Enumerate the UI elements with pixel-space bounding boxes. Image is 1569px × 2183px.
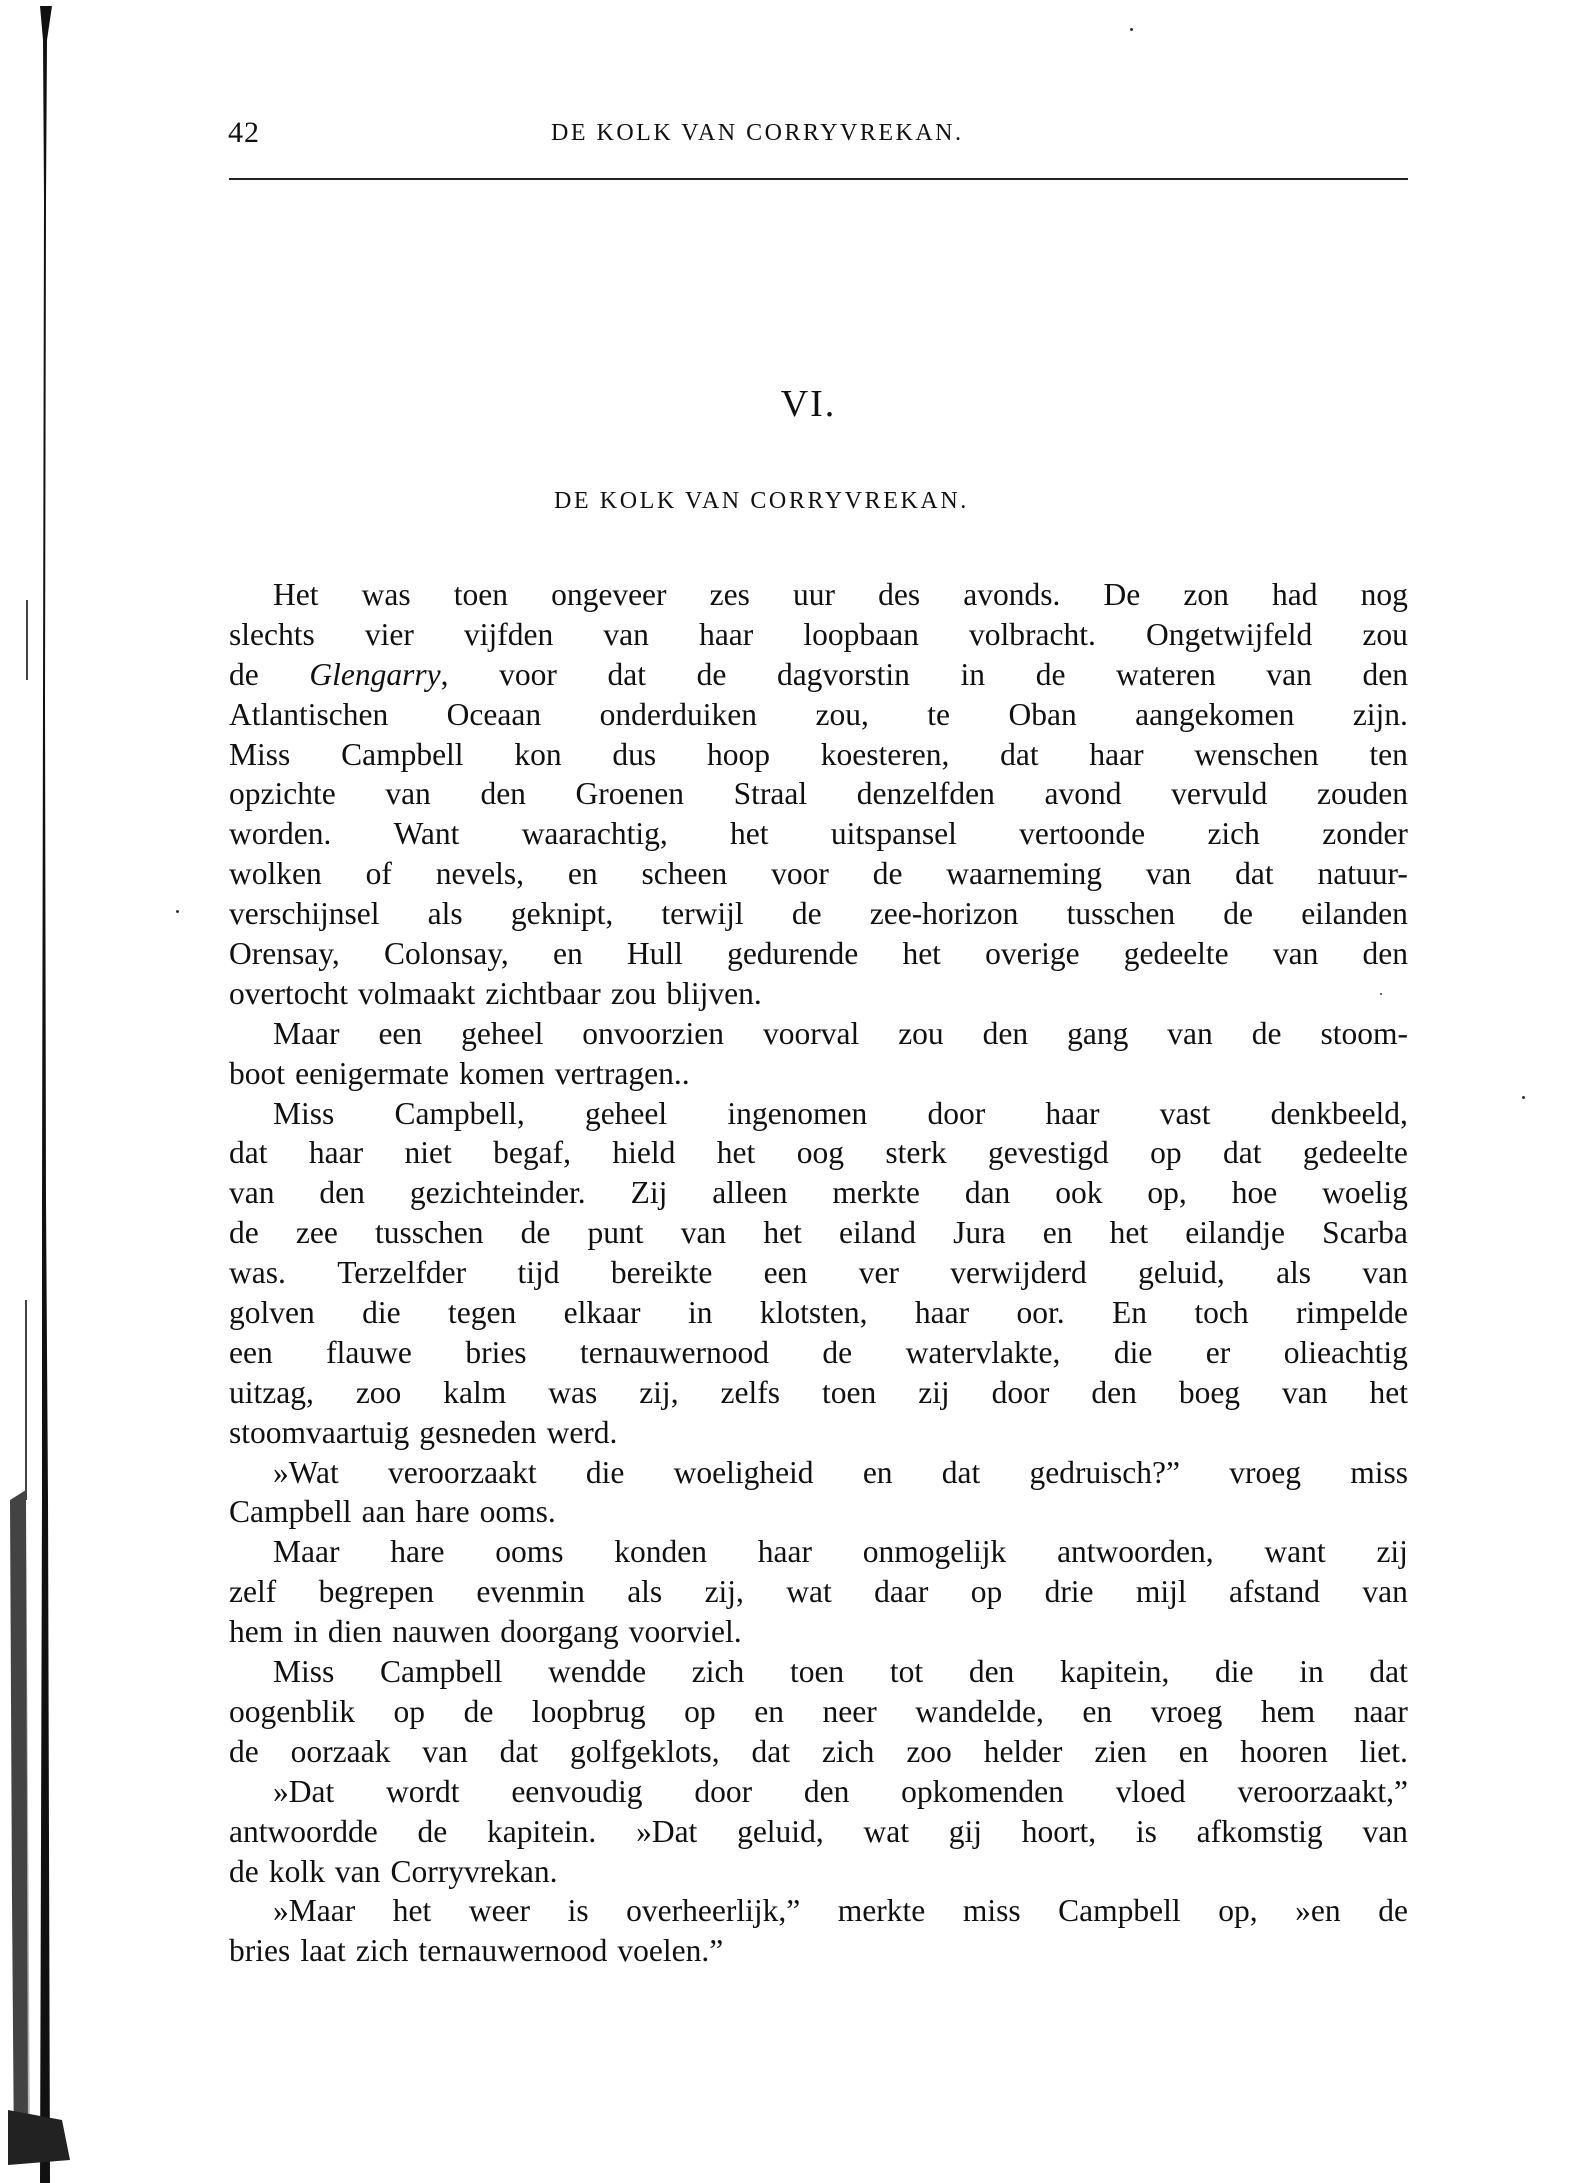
word: Oceaan xyxy=(447,695,541,735)
word: zij, xyxy=(639,1373,678,1413)
text-line: antwoorddedekapitein.»Datgeluid,watgijho… xyxy=(229,1812,1408,1852)
word: toen xyxy=(790,1652,844,1692)
word: boot xyxy=(229,1054,285,1094)
word: zelfs xyxy=(721,1373,780,1413)
word: loopbaan xyxy=(803,615,918,655)
word: want xyxy=(1264,1532,1325,1572)
text-line: MissCampbellwenddezichtoentotdenkapitein… xyxy=(229,1652,1408,1692)
word: gedruisch?” xyxy=(1030,1453,1180,1493)
word: van xyxy=(385,774,430,814)
word: gedeelte xyxy=(1124,934,1229,974)
word: op xyxy=(684,1692,716,1732)
word: de xyxy=(1223,894,1253,934)
word: de xyxy=(1378,1891,1408,1931)
word: bries xyxy=(465,1333,526,1373)
word: alleen xyxy=(712,1173,787,1213)
running-head: DE KOLK VAN CORRYVREKAN. xyxy=(551,120,1076,147)
word: Hull xyxy=(627,934,683,974)
word: waarneming xyxy=(946,854,1102,894)
word: werd. xyxy=(547,1413,618,1453)
word: waarachtig, xyxy=(522,814,668,854)
word: olieachtig xyxy=(1284,1333,1408,1373)
word: rimpelde xyxy=(1296,1293,1408,1333)
word: eenvoudig xyxy=(511,1772,642,1812)
word: hoop xyxy=(707,735,770,775)
word: zon xyxy=(1183,575,1228,615)
word: op xyxy=(1150,1133,1182,1173)
word: Miss xyxy=(229,735,290,775)
word: Straal xyxy=(734,774,807,814)
word: op xyxy=(394,1692,426,1732)
word: de xyxy=(697,655,727,695)
text-line: verschijnselalsgeknipt,terwijldezee-hori… xyxy=(229,894,1408,934)
word: een xyxy=(229,1333,273,1373)
word: begrepen xyxy=(319,1572,434,1612)
word: Zij xyxy=(631,1173,668,1213)
word: liet. xyxy=(1360,1732,1408,1772)
word: Scarba xyxy=(1322,1213,1408,1253)
word: wordt xyxy=(386,1772,460,1812)
word: evenmin xyxy=(476,1572,584,1612)
word: denzelfden xyxy=(857,774,995,814)
word: Campbell, xyxy=(394,1094,524,1134)
word: afstand xyxy=(1229,1572,1320,1612)
word: volmaakt xyxy=(358,974,475,1014)
scan-speck xyxy=(176,910,179,913)
word: de xyxy=(1252,1014,1282,1054)
word: van xyxy=(1362,1572,1407,1612)
word: te xyxy=(927,695,950,735)
word: zij xyxy=(1376,1532,1408,1572)
word: kapitein, xyxy=(1060,1652,1169,1692)
word: haar xyxy=(1089,735,1143,775)
word: uitzag, xyxy=(229,1373,314,1413)
word: Orensay, xyxy=(229,934,340,974)
word: woelig xyxy=(1322,1173,1408,1213)
word: kalm xyxy=(443,1373,506,1413)
word: zich xyxy=(1207,814,1259,854)
word: het xyxy=(1369,1373,1407,1413)
word: het xyxy=(763,1213,801,1253)
word: zien xyxy=(1094,1732,1146,1772)
text-line: dathaarnietbegaf,hieldhetoogsterkgevesti… xyxy=(229,1133,1408,1173)
word: hare xyxy=(415,1492,469,1532)
word: die xyxy=(1215,1652,1253,1692)
word: wandelde, xyxy=(915,1692,1044,1732)
word: als xyxy=(1276,1253,1311,1293)
text-line: overtochtvolmaaktzichtbaarzoublijven. xyxy=(229,974,1408,1014)
text-line: Campbellaanhareooms. xyxy=(229,1492,1408,1532)
word: kon xyxy=(514,735,561,775)
word: hield xyxy=(612,1133,675,1173)
word: wat xyxy=(786,1572,831,1612)
word: de xyxy=(1036,655,1066,695)
word: worden. xyxy=(229,814,331,854)
word: was xyxy=(548,1373,597,1413)
word: den xyxy=(319,1173,364,1213)
text-line: MissCampbellkondushoopkoesteren,dathaarw… xyxy=(229,735,1408,775)
word: van xyxy=(1362,1812,1407,1852)
word: zelf xyxy=(229,1572,276,1612)
word: Colonsay, xyxy=(384,934,509,974)
word: en xyxy=(1179,1732,1209,1772)
word: »en xyxy=(1295,1891,1340,1931)
text-line: uitzag,zookalmwaszij,zelfstoenzijdoorden… xyxy=(229,1373,1408,1413)
word: voorviel. xyxy=(629,1612,742,1652)
word: eenigermate xyxy=(295,1054,449,1094)
word: of xyxy=(366,854,392,894)
word: Want xyxy=(394,814,460,854)
word: de xyxy=(792,894,822,934)
word: gij xyxy=(949,1812,982,1852)
word: antwoorden, xyxy=(1057,1532,1214,1572)
word: Campbell xyxy=(1058,1891,1180,1931)
word: Glengarry, xyxy=(309,655,448,695)
word: boeg xyxy=(1179,1373,1240,1413)
word: vertragen.. xyxy=(555,1054,690,1094)
word: haar xyxy=(758,1532,812,1572)
text-line: Maareengeheelonvoorzienvoorvalzoudengang… xyxy=(229,1014,1408,1054)
word: woeligheid xyxy=(674,1453,814,1493)
word: bereikte xyxy=(611,1253,712,1293)
word: geknipt, xyxy=(511,894,613,934)
text-line: golvendietegenelkaarinklotsten,haaroor.E… xyxy=(229,1293,1408,1333)
word: toen xyxy=(454,575,508,615)
text-line: deGlengarry,voordatdedagvorstinindewater… xyxy=(229,655,1408,695)
word: mijl xyxy=(1136,1572,1187,1612)
word: gezichteinder. xyxy=(410,1173,586,1213)
word: opkomenden xyxy=(901,1772,1064,1812)
word: wat xyxy=(863,1812,908,1852)
word: dat xyxy=(752,1732,790,1772)
word: tot xyxy=(890,1652,923,1692)
word: den xyxy=(969,1652,1014,1692)
text-line: Hetwastoenongeveerzesuurdesavonds.Dezonh… xyxy=(229,575,1408,615)
word: Maar xyxy=(273,1532,339,1572)
word: geheel xyxy=(461,1014,543,1054)
word: nevels, xyxy=(436,854,524,894)
word: haar xyxy=(915,1293,969,1333)
book-spine-scan-edge xyxy=(0,0,80,2183)
word: voor xyxy=(499,655,557,695)
word: kapitein. xyxy=(487,1812,596,1852)
word: door xyxy=(927,1094,985,1134)
word: zoo xyxy=(356,1373,401,1413)
word: dat xyxy=(1000,735,1038,775)
word: dat xyxy=(500,1732,538,1772)
word: voor xyxy=(771,854,829,894)
word: afkomstig xyxy=(1197,1812,1323,1852)
text-line: hemindiennauwendoorgangvoorviel. xyxy=(229,1612,1408,1652)
word: zijn. xyxy=(1353,695,1408,735)
word: dagvorstin xyxy=(777,655,910,695)
word: Miss xyxy=(273,1094,334,1134)
word: hoe xyxy=(1232,1173,1277,1213)
word: merkte xyxy=(832,1173,919,1213)
header-rule xyxy=(229,178,1408,180)
word: dus xyxy=(612,735,656,775)
word: eilanden xyxy=(1301,894,1408,934)
word: dan xyxy=(965,1173,1010,1213)
word: zouden xyxy=(1317,774,1408,814)
word: op, xyxy=(1147,1173,1186,1213)
word: den xyxy=(480,774,525,814)
word: hem xyxy=(1261,1692,1315,1732)
word: tijd xyxy=(518,1253,560,1293)
word: avonds. xyxy=(963,575,1060,615)
word: ten xyxy=(1369,735,1407,775)
word: loopbrug xyxy=(532,1692,646,1732)
word: wolken xyxy=(229,854,322,894)
word: het xyxy=(1110,1213,1148,1253)
text-line: eenflauwebriesternauwernooddewatervlakte… xyxy=(229,1333,1408,1373)
text-line: dezeetusschendepuntvanheteilandJuraenhet… xyxy=(229,1213,1408,1253)
word: voorval xyxy=(763,1014,859,1054)
text-line: worden.Wantwaarachtig,hetuitspanselverto… xyxy=(229,814,1408,854)
word: stoomvaartuig xyxy=(229,1413,409,1453)
word: »Dat xyxy=(273,1772,334,1812)
word: zij, xyxy=(705,1572,744,1612)
word: wenschen xyxy=(1194,735,1318,775)
word: helder xyxy=(984,1732,1063,1772)
word: komen xyxy=(459,1054,545,1094)
word: den xyxy=(1362,655,1407,695)
word: door xyxy=(992,1373,1050,1413)
word: Oban xyxy=(1008,695,1076,735)
word: eilandje xyxy=(1185,1213,1285,1253)
word: Campbell xyxy=(229,1492,351,1532)
word: punt xyxy=(588,1213,644,1253)
text-line: »Datwordteenvoudigdoordenopkomendenvloed… xyxy=(229,1772,1408,1812)
word: De xyxy=(1104,575,1141,615)
word: tusschen xyxy=(1067,894,1175,934)
word: vijfden xyxy=(464,615,553,655)
word: de xyxy=(229,1213,259,1253)
word: en xyxy=(863,1453,893,1493)
word: ver xyxy=(859,1253,899,1293)
word: die xyxy=(362,1293,400,1333)
word: oor. xyxy=(1016,1293,1064,1333)
word: de xyxy=(229,1852,259,1892)
text-line: Orensay,Colonsay,enHullgedurendehetoveri… xyxy=(229,934,1408,974)
word: Groenen xyxy=(576,774,684,814)
word: hem xyxy=(229,1612,283,1652)
word: zou xyxy=(898,1014,943,1054)
page-number: 42 xyxy=(228,116,260,150)
word: gedurende xyxy=(727,934,858,974)
word: miss xyxy=(1350,1453,1408,1493)
word: sterk xyxy=(885,1133,946,1173)
text-line: dekolkvanCorryvrekan. xyxy=(229,1852,1408,1892)
word: hare xyxy=(390,1532,444,1572)
word: van xyxy=(1146,854,1191,894)
word: geluid, xyxy=(1138,1253,1225,1293)
word: oogenblik xyxy=(229,1692,355,1732)
text-line: oogenblikopdeloopbrugopenneerwandelde,en… xyxy=(229,1692,1408,1732)
word: en xyxy=(1082,1692,1112,1732)
word: begaf, xyxy=(493,1133,571,1173)
word: en xyxy=(568,854,598,894)
word: vast xyxy=(1160,1094,1211,1134)
word: watervlakte, xyxy=(906,1333,1061,1373)
word: volbracht. xyxy=(969,615,1096,655)
word: een xyxy=(378,1014,422,1054)
word: Campbell xyxy=(380,1652,502,1692)
word: antwoordde xyxy=(229,1812,378,1852)
word: van xyxy=(1266,655,1311,695)
word: natuur- xyxy=(1318,854,1408,894)
word: het xyxy=(902,934,940,974)
word: blijven. xyxy=(666,974,761,1014)
word: in xyxy=(688,1293,713,1333)
word: Miss xyxy=(273,1652,334,1692)
word: het xyxy=(717,1133,755,1173)
word: En xyxy=(1112,1293,1147,1333)
word: de xyxy=(873,854,903,894)
scan-speck xyxy=(1130,28,1133,31)
word: opzichte xyxy=(229,774,336,814)
word: naar xyxy=(1354,1692,1408,1732)
word: konden xyxy=(614,1532,707,1572)
word: op xyxy=(971,1572,1003,1612)
text-line: opzichtevandenGroenenStraaldenzelfdenavo… xyxy=(229,774,1408,814)
word: was. xyxy=(229,1253,286,1293)
word: daar xyxy=(874,1572,928,1612)
word: en xyxy=(1043,1213,1073,1253)
word: Ongetwijfeld xyxy=(1146,615,1312,655)
word: niet xyxy=(405,1133,452,1173)
word: oog xyxy=(797,1133,844,1173)
word: en xyxy=(754,1692,784,1732)
word: had xyxy=(1272,575,1317,615)
word: voelen.” xyxy=(617,1931,723,1971)
word: doorgang xyxy=(500,1612,618,1652)
body-text: Hetwastoenongeveerzesuurdesavonds.Dezonh… xyxy=(229,575,1408,1971)
word: ternauwernood xyxy=(580,1333,769,1373)
word: zonder xyxy=(1322,814,1408,854)
word: avond xyxy=(1045,774,1122,814)
word: zich xyxy=(356,1931,408,1971)
word: onmogelijk xyxy=(863,1532,1007,1572)
text-line: slechtsviervijfdenvanhaarloopbaanvolbrac… xyxy=(229,615,1408,655)
word: van xyxy=(1273,934,1318,974)
word: ongeveer xyxy=(551,575,666,615)
word: den xyxy=(804,1772,849,1812)
word: tusschen xyxy=(375,1213,483,1253)
word: zij xyxy=(918,1373,950,1413)
word: denkbeeld, xyxy=(1271,1094,1408,1134)
word: gesneden xyxy=(419,1413,536,1453)
word: Het xyxy=(273,575,318,615)
text-line: brieslaatzichternauwernoodvoelen.” xyxy=(229,1931,1408,1971)
word: stoom- xyxy=(1320,1014,1408,1054)
word: van xyxy=(1362,1253,1407,1293)
word: aan xyxy=(362,1492,406,1532)
word: tegen xyxy=(448,1293,516,1333)
word: wendde xyxy=(548,1652,646,1692)
word: dat xyxy=(942,1453,980,1493)
word: ooms. xyxy=(480,1492,556,1532)
word: »Maar xyxy=(273,1891,355,1931)
word: haar xyxy=(1045,1094,1099,1134)
text-line: booteenigermatekomenvertragen.. xyxy=(229,1054,1408,1094)
word: gedeelte xyxy=(1303,1133,1408,1173)
word: neer xyxy=(823,1692,877,1732)
word: vertoonde xyxy=(1019,814,1145,854)
scan-speck xyxy=(1522,1096,1525,1099)
text-line: Maarhareoomskondenhaaronmogelijkantwoord… xyxy=(229,1532,1408,1572)
word: merkte xyxy=(838,1891,925,1931)
word: nauwen xyxy=(392,1612,490,1652)
word: laat xyxy=(300,1931,345,1971)
word: Terzelfder xyxy=(337,1253,466,1293)
word: van xyxy=(603,615,648,655)
word: zichtbaar xyxy=(485,974,600,1014)
word: van xyxy=(1167,1014,1212,1054)
word: bries xyxy=(229,1931,290,1971)
word: vroeg xyxy=(1229,1453,1301,1493)
text-line: wolkenofnevels,enscheenvoordewaarnemingv… xyxy=(229,854,1408,894)
word: als xyxy=(627,1572,662,1612)
word: van xyxy=(1282,1373,1327,1413)
word: ingenomen xyxy=(727,1094,867,1134)
word: wateren xyxy=(1116,655,1216,695)
word: Atlantischen xyxy=(229,695,388,735)
word: zes xyxy=(710,575,750,615)
word: gang xyxy=(1067,1014,1128,1054)
word: geluid, xyxy=(737,1812,824,1852)
word: miss xyxy=(963,1891,1021,1931)
word: in xyxy=(293,1612,318,1652)
word: overige xyxy=(985,934,1079,974)
word: zou xyxy=(611,974,656,1014)
text-line: zelfbegrepenevenminalszij,watdaaropdriem… xyxy=(229,1572,1408,1612)
text-line: »Maarhetweerisoverheerlijk,”merktemissCa… xyxy=(229,1891,1408,1931)
word: de xyxy=(822,1333,852,1373)
word: de xyxy=(521,1213,551,1253)
word: door xyxy=(694,1772,752,1812)
word: vier xyxy=(365,615,414,655)
word: ook xyxy=(1055,1173,1102,1213)
word: de xyxy=(464,1692,494,1732)
word: haar xyxy=(309,1133,363,1173)
word: overheerlijk,” xyxy=(626,1891,800,1931)
word: het xyxy=(393,1891,431,1931)
word: dat xyxy=(229,1133,267,1173)
chapter-title: DE KOLK VAN CORRYVREKAN. xyxy=(554,488,1074,515)
text-line: was.Terzelfdertijdbereikteeenververwijde… xyxy=(229,1253,1408,1293)
word: in xyxy=(961,655,986,695)
word: zee xyxy=(296,1213,338,1253)
word: en xyxy=(553,934,583,974)
scan-speck xyxy=(1380,993,1382,995)
word: veroorzaakt xyxy=(388,1453,537,1493)
word: toen xyxy=(822,1373,876,1413)
word: flauwe xyxy=(326,1333,412,1373)
word: oorzaak xyxy=(291,1732,391,1772)
word: verschijnsel xyxy=(229,894,379,934)
word: Campbell xyxy=(341,735,463,775)
word: klotsten, xyxy=(760,1293,868,1333)
word: van xyxy=(422,1732,467,1772)
word: Jura xyxy=(953,1213,1005,1253)
text-line: »Watveroorzaaktdiewoeligheidendatgedruis… xyxy=(229,1453,1408,1493)
word: scheen xyxy=(642,854,728,894)
word: dat xyxy=(1235,854,1273,894)
word: weer xyxy=(469,1891,530,1931)
word: gevestigd xyxy=(988,1133,1109,1173)
word: den xyxy=(983,1014,1028,1054)
